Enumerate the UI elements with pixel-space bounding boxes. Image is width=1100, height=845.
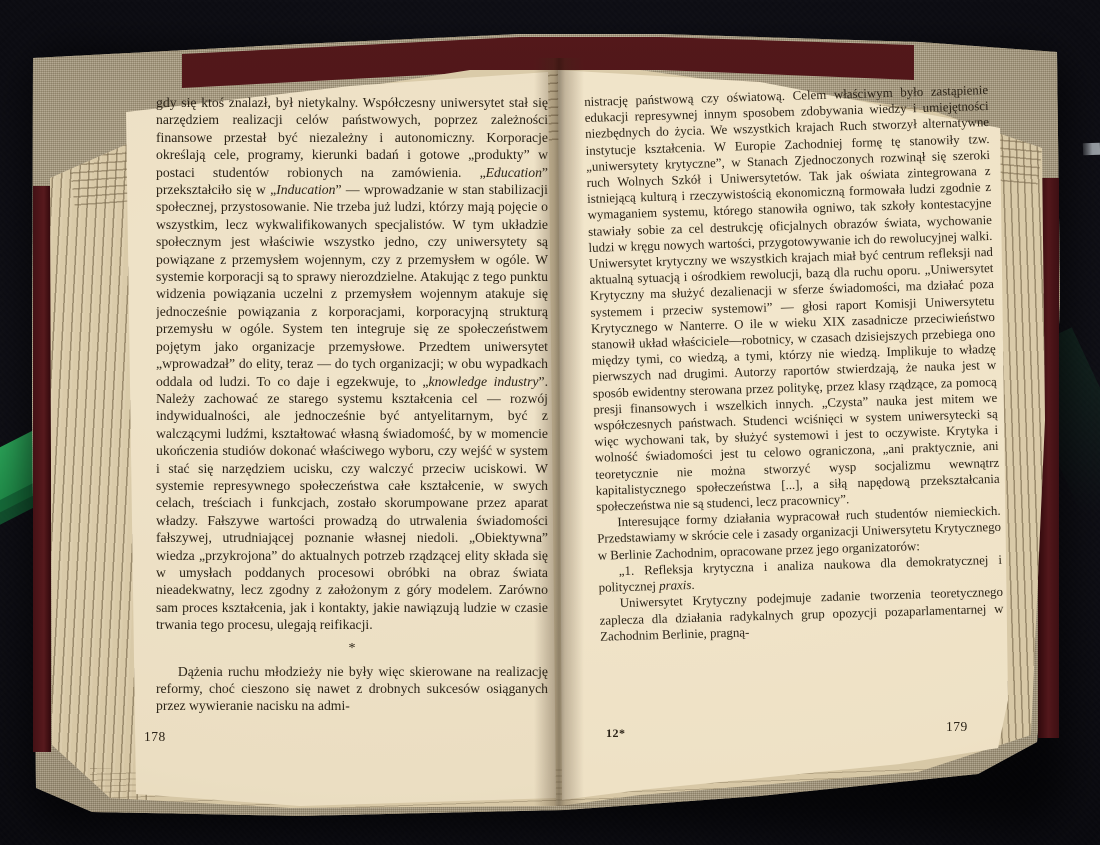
accent-bar-gray (1083, 143, 1100, 156)
body-text: Uniwersytet Krytyczny podejmuje zadanie … (599, 585, 1003, 643)
paragraph: gdy się ktoś znalazł, był nietykalny. Ws… (156, 94, 548, 634)
italic-text: knowledge industry (429, 374, 539, 389)
page-number-right: 179 (946, 719, 968, 735)
paragraph: nistrację państwową czy oświatową. Celem… (584, 82, 1000, 515)
signature-mark: 12* (606, 726, 626, 741)
body-text: ” — wprowadzanie w stan stabilizacji spo… (156, 182, 548, 388)
italic-text: praxis (659, 578, 692, 593)
photo-stage: gdy się ktoś znalazł, był nietykalny. Ws… (0, 0, 1100, 845)
section-separator: * (156, 642, 548, 656)
body-text: . (691, 578, 695, 592)
body-text: ”. Należy zachować ze starego systemu ks… (156, 374, 548, 633)
paragraph: Dążenia ruchu młodzieży nie były więc sk… (156, 663, 548, 715)
page-number-left: 178 (144, 729, 166, 745)
body-text: nistrację państwową czy oświatową. Celem… (584, 83, 1000, 514)
italic-text: Education (486, 165, 542, 180)
italic-text: Inducation (276, 182, 335, 197)
leather-trim-left (33, 186, 51, 752)
left-page-text: gdy się ktoś znalazł, był nietykalny. Ws… (156, 94, 548, 744)
right-page-text: nistrację państwową czy oświatową. Celem… (584, 82, 1007, 754)
body-text: Dążenia ruchu młodzieży nie były więc sk… (156, 664, 548, 714)
